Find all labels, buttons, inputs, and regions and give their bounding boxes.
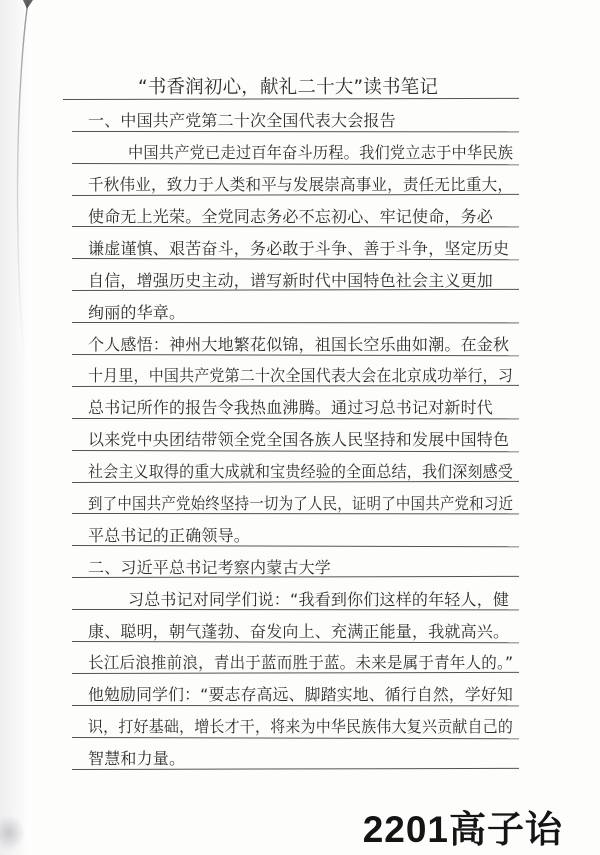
manuscript-line-text: 识，打好基础，增长才干，将来为中华民族伟大复兴贡献自己的 <box>88 719 513 735</box>
manuscript-line: 总书记所作的报告令我热血沸腾。通过习总书记对新时代 <box>75 387 515 419</box>
manuscript-line: 识，打好基础，增长才干，将来为中华民族伟大复兴贡献自己的 <box>75 706 515 738</box>
manuscript-line-text: 中国共产党已走过百年奋斗历程。我们党立志于中华民族 <box>128 145 513 161</box>
manuscript-line-text: 他勉励同学们：“要志存高远、脚踏实地、循行自然，学好知 <box>88 687 513 703</box>
manuscript-line: 智慧和力量。 <box>75 738 515 770</box>
manuscript-line-text: “书香润初心，献礼二十大”读书笔记 <box>138 79 438 98</box>
paper-edge-artifact <box>0 0 60 360</box>
manuscript-line-text: 自信，增强历史主动，谱写新时代中国特色社会主义更加 <box>88 273 493 289</box>
scanned-page: “书香润初心，献礼二十大”读书笔记一、中国共产党第二十次全国代表大会报告中国共产… <box>0 0 600 855</box>
signature-watermark: 2201高子诒 <box>363 799 563 853</box>
manuscript-line-text: 个人感悟：神州大地繁花似锦，祖国长空乐曲如潮。在金秋 <box>88 337 509 353</box>
document-title-line: “书香润初心，献礼二十大”读书笔记 <box>75 68 515 100</box>
manuscript-line-text: 一、中国共产党第二十次全国代表大会报告 <box>88 113 396 129</box>
manuscript-line-text: 使命无上光荣。全党同志务必不忘初心、牢记使命，务必 <box>88 209 493 225</box>
manuscript-line: 中国共产党已走过百年奋斗历程。我们党立志于中华民族 <box>75 132 515 164</box>
manuscript-line-text: 康、聪明，朝气蓬勃、奋发向上、充满正能量，我就高兴。 <box>88 624 509 640</box>
manuscript-line-text: 二、习近平总书记考察内蒙古大学 <box>88 560 331 576</box>
manuscript-line: 十月里，中国共产党第二十次全国代表大会在北京成功举行，习 <box>75 355 515 387</box>
manuscript-line-text: 平总书记的正确领导。 <box>88 528 250 544</box>
manuscript-line-text: 以来党中央团结带领全党全国各族人民坚持和发展中国特色 <box>88 432 509 448</box>
manuscript-line: 千秋伟业，致力于人类和平与发展崇高事业，责任无比重大， <box>75 164 515 196</box>
manuscript-line: 社会主义取得的重大成就和宝贵经验的全面总结，我们深刻感受 <box>75 451 515 483</box>
manuscript-line: 他勉励同学们：“要志存高远、脚踏实地、循行自然，学好知 <box>75 674 515 706</box>
manuscript-line: 使命无上光荣。全党同志务必不忘初心、牢记使命，务必 <box>75 196 515 228</box>
manuscript-line-text: 社会主义取得的重大成就和宝贵经验的全面总结，我们深刻感受 <box>88 464 513 480</box>
manuscript-line: 谦虚谨慎、艰苦奋斗，务必敢于斗争、善于斗争，坚定历史 <box>75 227 515 259</box>
ink-smudge-artifact <box>0 815 25 851</box>
manuscript-line-text: 绚丽的华章。 <box>88 305 185 321</box>
manuscript-line: 二、习近平总书记考察内蒙古大学 <box>75 546 515 578</box>
manuscript-lines: “书香润初心，献礼二十大”读书笔记一、中国共产党第二十次全国代表大会报告中国共产… <box>75 68 515 770</box>
manuscript-line: 平总书记的正确领导。 <box>75 514 515 546</box>
manuscript-line: 到了中国共产党始终坚持一切为了人民，证明了中国共产党和习近 <box>75 483 515 515</box>
manuscript-line: 康、聪明，朝气蓬勃、奋发向上、充满正能量，我就高兴。 <box>75 610 515 642</box>
manuscript-line-text: 习总书记对同学们说：“我看到你们这样的年轻人，健 <box>128 592 509 608</box>
manuscript-line-text: 总书记所作的报告令我热血沸腾。通过习总书记对新时代 <box>88 400 493 416</box>
manuscript-line-text: 千秋伟业，致力于人类和平与发展崇高事业，责任无比重大， <box>88 177 513 193</box>
manuscript-line: 个人感悟：神州大地繁花似锦，祖国长空乐曲如潮。在金秋 <box>75 323 515 355</box>
manuscript-line-text: 十月里，中国共产党第二十次全国代表大会在北京成功举行，习 <box>88 368 513 384</box>
manuscript-line: 绚丽的华章。 <box>75 291 515 323</box>
manuscript-line: 以来党中央团结带领全党全国各族人民坚持和发展中国特色 <box>75 419 515 451</box>
manuscript-line-text: 谦虚谨慎、艰苦奋斗，务必敢于斗争、善于斗争，坚定历史 <box>88 241 509 257</box>
manuscript-line-text: 智慧和力量。 <box>88 751 185 767</box>
manuscript-line-text: 长江后浪推前浪，青出于蓝而胜于蓝。未来是属于青年人的。” <box>88 655 513 671</box>
manuscript-line: 自信，增强历史主动，谱写新时代中国特色社会主义更加 <box>75 259 515 291</box>
manuscript-line-text: 到了中国共产党始终坚持一切为了人民，证明了中国共产党和习近 <box>88 496 513 512</box>
manuscript-line: 长江后浪推前浪，青出于蓝而胜于蓝。未来是属于青年人的。” <box>75 642 515 674</box>
manuscript-line: 一、中国共产党第二十次全国代表大会报告 <box>75 100 515 132</box>
manuscript-line: 习总书记对同学们说：“我看到你们这样的年轻人，健 <box>75 578 515 610</box>
